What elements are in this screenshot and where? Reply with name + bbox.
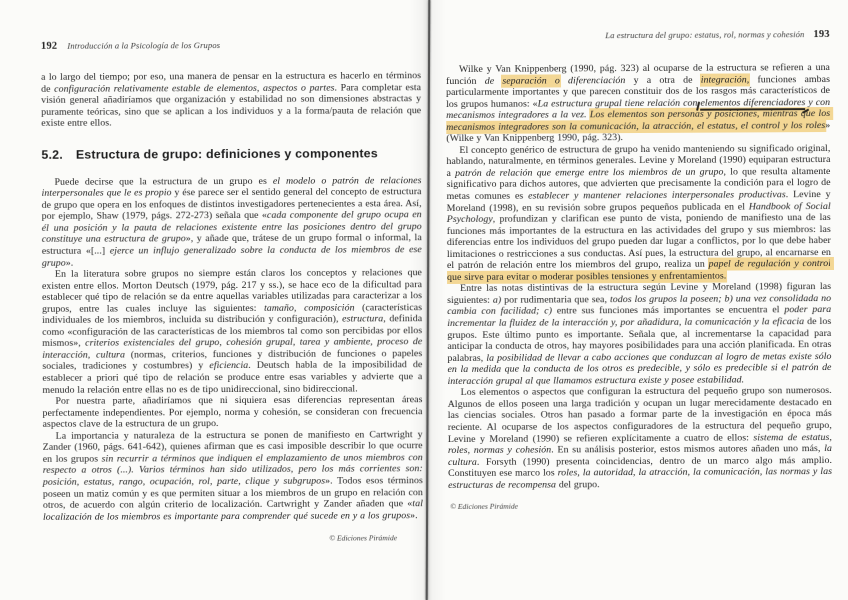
- section-heading-number: 5.2.: [41, 147, 63, 161]
- paragraph: a lo largo del tiempo; por eso, una mane…: [41, 70, 421, 129]
- right-running-head: La estructura del grupo: estatus, rol, n…: [446, 29, 830, 42]
- text-segment: separación o: [502, 75, 560, 86]
- text-segment: por rudimentaria que sea,: [501, 294, 610, 306]
- left-running-title: Introducción a la Psicología de los Grup…: [67, 40, 220, 51]
- text-segment: y a otra de: [625, 74, 700, 85]
- paragraph: El concepto genérico de estructura de gr…: [446, 143, 831, 284]
- text-segment: patrón de relación que emerge entre los …: [455, 166, 723, 178]
- paragraph: Puede decirse que la estructura de un gr…: [41, 175, 421, 269]
- text-segment: establecer y mantener relaciones interpe…: [528, 189, 786, 201]
- text-segment: estructura: [342, 314, 383, 325]
- text-segment: Puede decirse que la estructura de un gr…: [54, 176, 272, 188]
- left-page: 192 Introducción a la Psicología de los …: [41, 39, 423, 544]
- text-segment: . En su análisis posterior, estos mismos…: [551, 443, 824, 455]
- section-heading: 5.2. Estructura de grupo: definiciones y…: [41, 146, 421, 162]
- text-segment: ».: [66, 257, 74, 268]
- left-body-text: a lo largo del tiempo; por eso, una mane…: [41, 70, 423, 523]
- text-segment: de: [485, 75, 503, 86]
- section-heading-title: Estructura de grupo: definiciones y comp…: [76, 146, 378, 161]
- copyright-footer: © Ediciones Pirámide: [43, 533, 423, 544]
- text-segment: la posibilidad de llevar a cabo acciones…: [447, 351, 834, 387]
- paragraph: Wilke y Van Knippenberg (1990, pág. 323)…: [446, 62, 830, 145]
- paragraph: En la literatura sobre grupos no siempre…: [42, 267, 423, 396]
- right-page-number: 193: [813, 29, 829, 40]
- right-page: La estructura del grupo: estatus, rol, n…: [446, 29, 833, 511]
- left-page-number: 192: [41, 41, 57, 52]
- right-body-text: Wilke y Van Knippenberg (1990, pág. 323)…: [446, 62, 832, 491]
- text-segment: integración,: [701, 74, 750, 85]
- text-segment: diferenciación: [560, 75, 626, 86]
- text-segment: La estructura grupal tiene relación con: [538, 97, 701, 109]
- text-segment: del grupo.: [556, 479, 600, 490]
- text-segment: entre sus funciones más importantes se e…: [552, 305, 784, 317]
- copyright-footer: © Ediciones Pirámide: [448, 500, 832, 511]
- book-spread-scan: 192 Introducción a la Psicología de los …: [0, 0, 848, 600]
- text-segment: a): [493, 295, 501, 306]
- paragraph: Por nuestra parte, añadiríamos que ni si…: [42, 394, 422, 430]
- text-segment: eficiencia: [209, 360, 248, 371]
- text-segment: tamaño, composición: [264, 302, 355, 313]
- left-running-head: 192 Introducción a la Psicología de los …: [41, 39, 421, 52]
- paragraph: Los elementos o aspectos que configuran …: [448, 385, 833, 491]
- paragraph: La importancia y naturaleza de la estruc…: [43, 429, 423, 523]
- text-segment: elementos diferenciadores: [700, 97, 805, 111]
- text-segment: configuración relativamente estable de e…: [54, 82, 334, 94]
- text-segment: Por nuestra parte, añadiríamos que ni si…: [43, 394, 426, 430]
- paragraph: Entre las notas distintivas de la estruc…: [447, 281, 832, 387]
- text-segment: papel de regulación y control: [709, 258, 831, 270]
- right-running-title: La estructura del grupo: estatus, rol, n…: [605, 29, 804, 40]
